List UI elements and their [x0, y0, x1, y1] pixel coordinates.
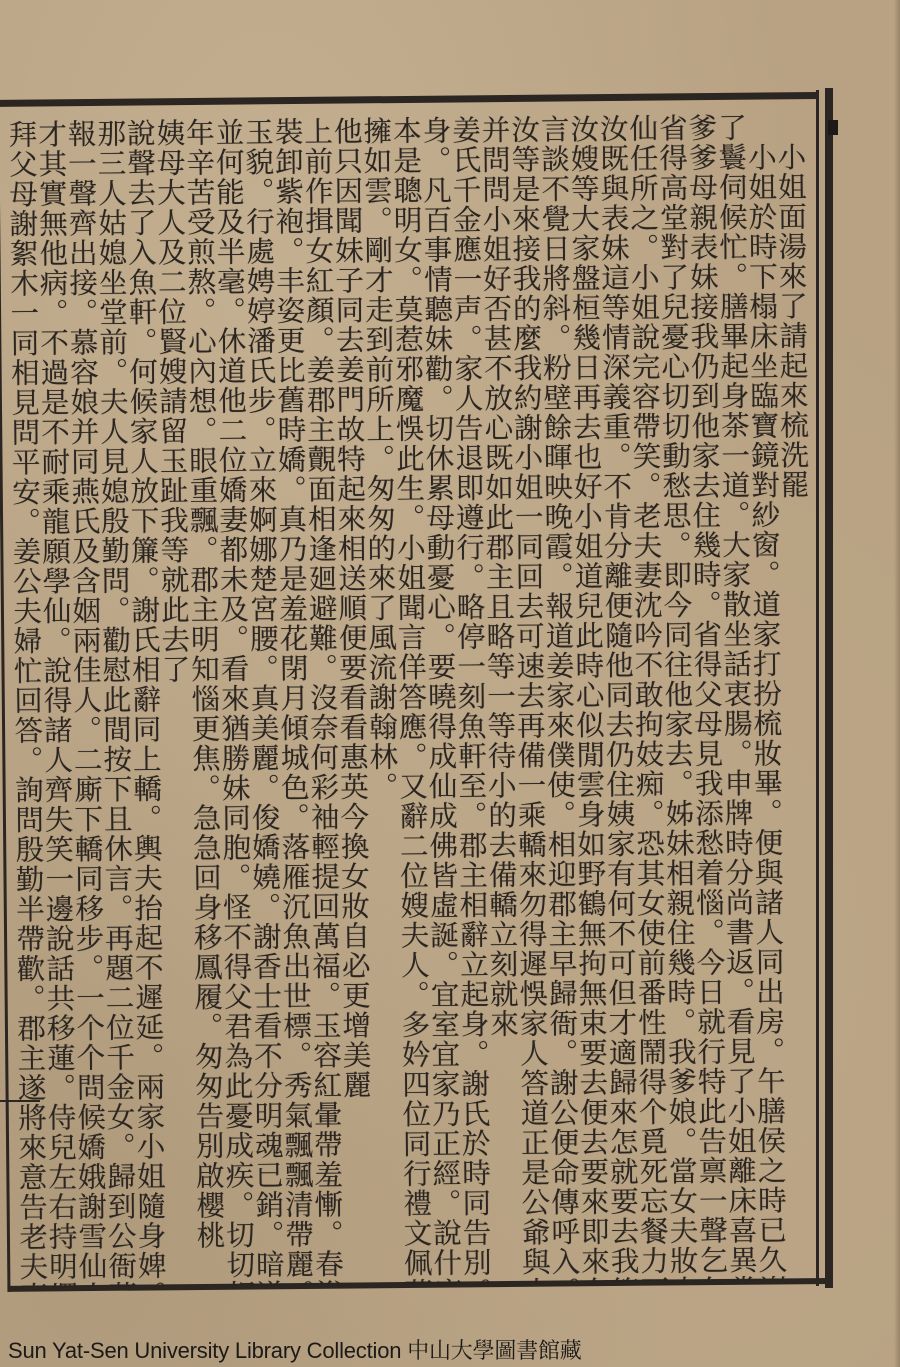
gutter-square-mark-icon: [828, 120, 838, 135]
frame-right-outer-line: [825, 88, 833, 1288]
frame-right-inner-line: [816, 90, 819, 1286]
library-watermark: Sun Yat-Sen University Library Collectio…: [8, 1334, 582, 1365]
text-body: 小姐面湯來了請起來梳洗罷小姐於時下榻床坐臨寶鏡對紗窗。道家打扮梳妝畢。便與諸人同…: [8, 112, 817, 1288]
page-edge: [894, 0, 900, 1367]
